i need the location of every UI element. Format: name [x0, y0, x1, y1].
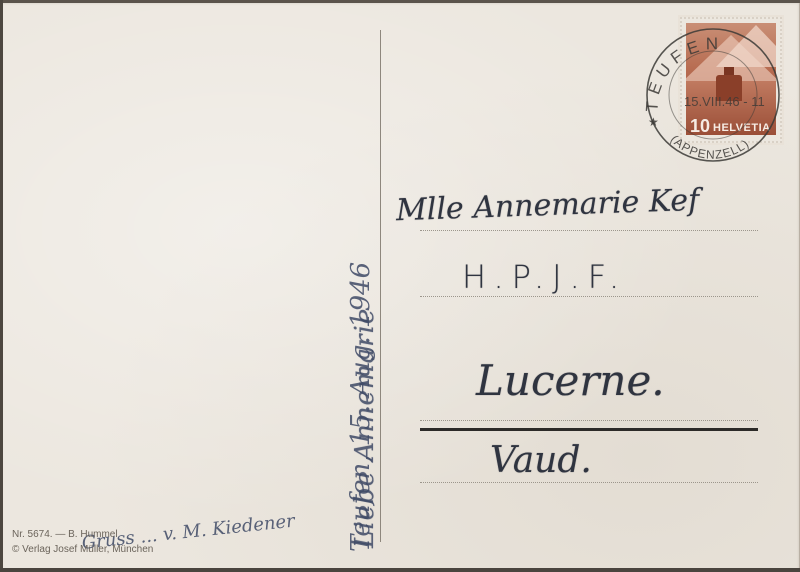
message-date: Teufen, 15. Aug. 1946: [346, 262, 376, 552]
address-line-canton: Vaud.: [490, 440, 592, 481]
address-rule: [420, 230, 758, 231]
handwritten-message: Liebe Annemarie Ich glaube Deine freundl…: [0, 0, 380, 572]
address-underline: [420, 428, 758, 431]
address-line-2: H.P.J.F.: [462, 258, 627, 296]
publisher-line-1: Nr. 5674. — B. Hummel: [12, 527, 153, 542]
svg-text:★: ★: [648, 115, 659, 129]
publisher-imprint: Nr. 5674. — B. Hummel © Verlag Josef Mül…: [12, 527, 153, 557]
publisher-line-2: © Verlag Josef Müller, München: [12, 542, 153, 557]
address-rule: [420, 420, 758, 421]
address-line-city: Lucerne.: [476, 356, 665, 405]
stamp-castle-icon: 10 HELVETIA: [686, 23, 776, 135]
stamp-value: 10: [690, 116, 710, 135]
divider-line: [380, 30, 381, 542]
stamp-country: HELVETIA: [713, 122, 771, 134]
postage-stamp: 10 HELVETIA: [680, 17, 782, 143]
address-rule: [420, 296, 758, 297]
address-line-recipient: Mlle Annemarie Kef: [395, 183, 699, 229]
postcard: Liebe Annemarie Ich glaube Deine freundl…: [0, 0, 800, 572]
address-rule: [420, 482, 758, 483]
